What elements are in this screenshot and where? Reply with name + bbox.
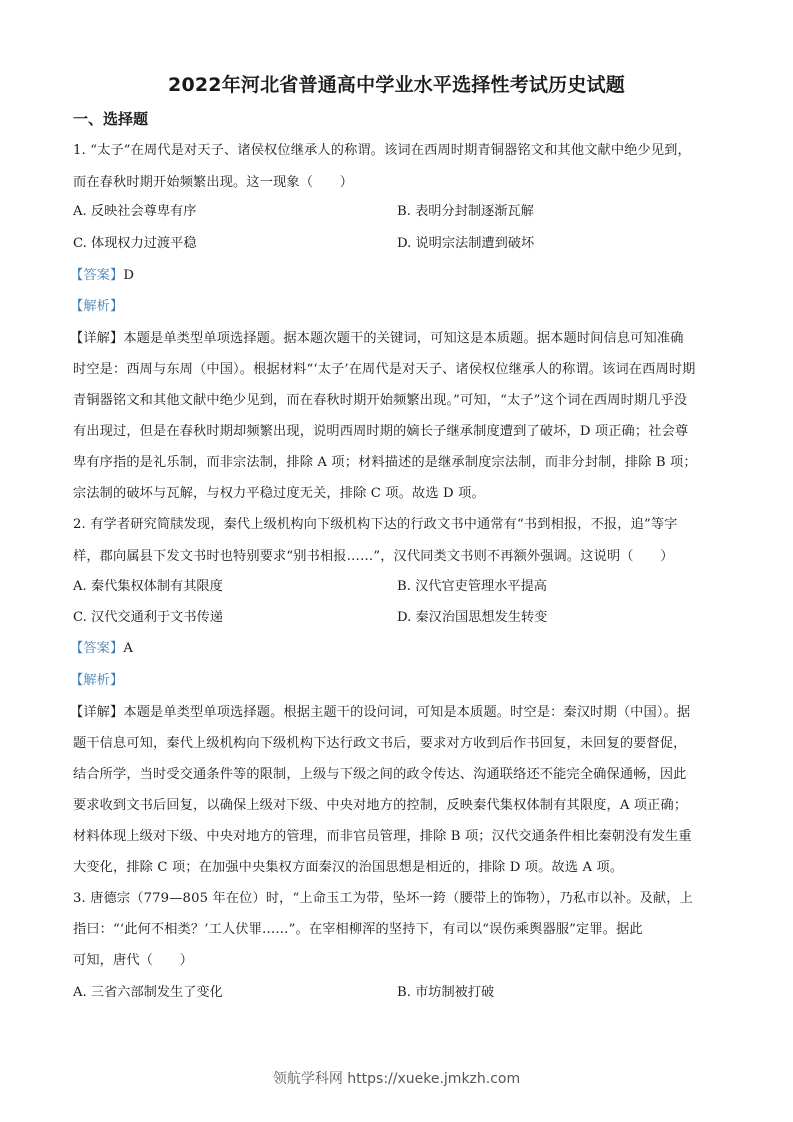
q2-detail-line: 材料体现上级对下级、中央对地方的管理，而非官员管理，排除 B 项；汉代交通条件相… <box>73 827 733 847</box>
q3-stem-line: 指曰：“‘此何不相类？’工人伏罪……”。在宰相柳浑的坚持下，有司以“误伤乘舆器服… <box>73 920 733 940</box>
q3-option-b: B. 市坊制被打破 <box>397 983 494 1003</box>
q1-stem-line: 而在春秋时期开始频繁出现。这一现象（ ） <box>73 173 733 193</box>
q2-option-b: B. 汉代官吏管理水平提高 <box>397 577 547 597</box>
q1-detail-line: 时空是：西周与东周（中国）。根据材料“‘太子’在周代是对天子、诸侯权位继承人的称… <box>73 360 733 380</box>
q1-option-b: B. 表明分封制逐渐瓦解 <box>397 202 534 222</box>
detail-tag: 【详解】 <box>70 705 123 720</box>
q2-stem-line: 2. 有学者研究简牍发现，秦代上级机构向下级机构下达的行政文书中通常有“书到相报… <box>73 515 733 535</box>
answer-value: A <box>123 641 133 656</box>
q2-answer: 【答案】A <box>70 639 730 659</box>
q2-detail-line: 大变化，排除 C 项；在加强中央集权方面秦汉的治国思想是相近的，排除 D 项。故… <box>73 858 733 878</box>
footer-watermark: 领航学科网 https://xueke.jmkzh.com <box>0 1068 793 1088</box>
q3-option-a: A. 三省六部制发生了变化 <box>73 983 223 1003</box>
q1-option-a: A. 反映社会尊卑有序 <box>73 202 196 222</box>
detail-text: 本题是单类型单项选择题。据本题次题干的关键词，可知这是本质题。据本题时间信息可知… <box>123 331 683 346</box>
q1-option-d: D. 说明宗法制遭到破坏 <box>397 234 534 254</box>
answer-tag: 【答案】 <box>70 268 123 283</box>
q1-detail-line: 青铜器铭文和其他文献中绝少见到，而在春秋时期开始频繁出现。”可知，“太子”这个词… <box>73 391 733 411</box>
q1-option-c: C. 体现权力过渡平稳 <box>73 234 197 254</box>
detail-tag: 【详解】 <box>70 331 123 346</box>
answer-tag: 【答案】 <box>70 641 123 656</box>
q2-option-d: D. 秦汉治国思想发生转变 <box>397 608 547 628</box>
q1-analysis: 【解析】 <box>70 297 730 317</box>
q1-answer: 【答案】D <box>70 266 730 286</box>
q3-stem-line: 可知，唐代（ ） <box>73 951 733 971</box>
q3-stem-line: 3. 唐德宗（779—805 年在位）时，“上命玉工为带，坠坏一銙（腰带上的饰物… <box>73 889 733 909</box>
q1-detail-line: 【详解】本题是单类型单项选择题。据本题次题干的关键词，可知这是本质题。据本题时间… <box>70 329 730 349</box>
analysis-tag: 【解析】 <box>70 299 123 314</box>
q2-option-c: C. 汉代交通利于文书传递 <box>73 608 223 628</box>
q1-detail-line: 宗法制的破坏与瓦解，与权力平稳过度无关，排除 C 项。故选 D 项。 <box>73 484 733 504</box>
section-heading: 一、选择题 <box>73 108 148 129</box>
q2-option-a: A. 秦代集权体制有其限度 <box>73 577 223 597</box>
q1-detail-line: 卑有序指的是礼乐制，而非宗法制，排除 A 项；材料描述的是继承制度宗法制，而非分… <box>73 453 733 473</box>
q2-detail-line: 结合所学，当时受交通条件等的限制，上级与下级之间的政令传达、沟通联络还不能完全确… <box>73 765 733 785</box>
q1-stem-line: 1. “太子”在周代是对天子、诸侯权位继承人的称谓。该词在西周时期青铜器铭文和其… <box>73 141 733 161</box>
q2-detail-line: 题干信息可知，秦代上级机构向下级机构下达行政文书后，要求对方收到后作书回复，未回… <box>73 734 733 754</box>
q1-detail-line: 有出现过，但是在春秋时期却频繁出现，说明西周时期的嫡长子继承制度遭到了破坏，D … <box>73 422 733 442</box>
detail-text: 本题是单类型单项选择题。根据主题干的设问词，可知是本质题。时空是：秦汉时期（中国… <box>123 705 690 720</box>
q2-detail-line: 【详解】本题是单类型单项选择题。根据主题干的设问词，可知是本质题。时空是：秦汉时… <box>70 703 730 723</box>
answer-value: D <box>123 268 134 283</box>
document-page: 2022年河北省普通高中学业水平选择性考试历史试题 一、选择题 1. “太子”在… <box>0 0 793 1122</box>
q2-analysis: 【解析】 <box>70 671 730 691</box>
analysis-tag: 【解析】 <box>70 673 123 688</box>
q2-stem-line: 样，郡向属县下发文书时也特别要求“别书相报……”，汉代同类文书则不再额外强调。这… <box>73 547 733 567</box>
q2-detail-line: 要求收到文书后回复，以确保上级对下级、中央对地方的控制，反映秦代集权体制有其限度… <box>73 796 733 816</box>
document-title: 2022年河北省普通高中学业水平选择性考试历史试题 <box>0 70 793 97</box>
